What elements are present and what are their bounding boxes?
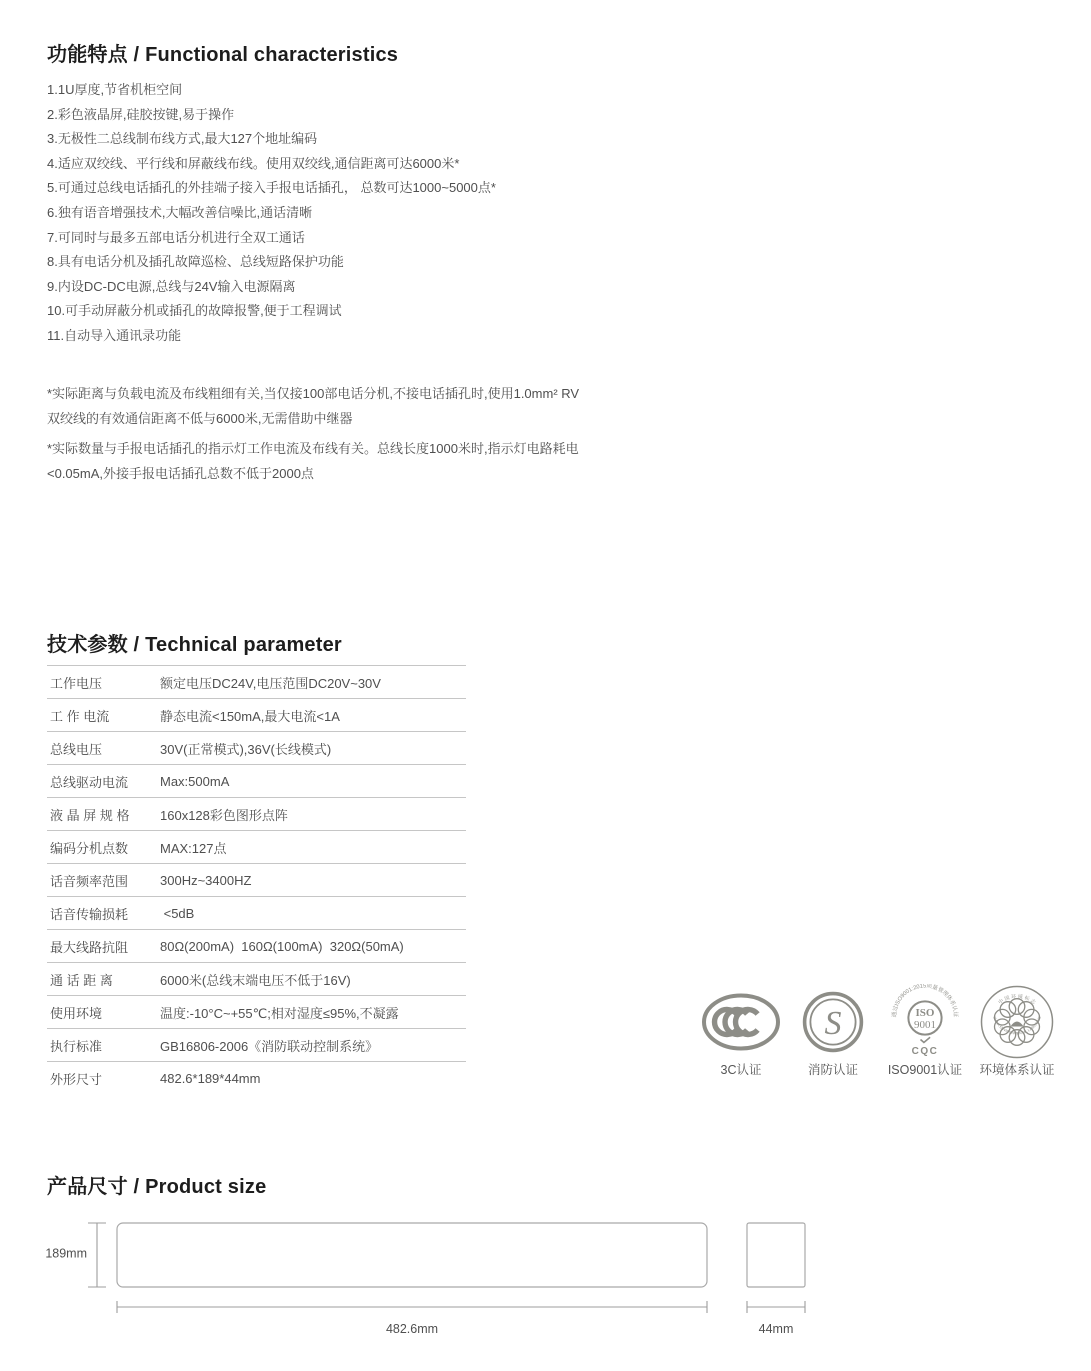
cert-environment: 中 国 环 境 标 志 CHINA ENVIRONMENTAL LABELLIN…	[973, 986, 1061, 1078]
footnote-line: *实际数量与手报电话插孔的指示灯工作电流及布线有关。总线长度1000米时,指示灯…	[47, 436, 667, 461]
front-view-outline	[117, 1223, 707, 1287]
param-value: MAX:127点	[160, 838, 466, 857]
table-row: 通 话 距 离 6000米(总线末端电压不低于16V)	[47, 962, 466, 995]
param-value: 30V(正常模式),36V(长线模式)	[160, 739, 466, 758]
feature-item: 2.彩色液晶屏,硅胶按键,易于操作	[47, 103, 667, 128]
feature-item: 6.独有语音增强技术,大幅改善信噪比,通话清晰	[47, 201, 667, 226]
param-label: 工 作 电流	[47, 706, 160, 725]
certification-marks: 3C认证 S 消防认证 通过ISO9001:2015质量管理体系认证	[697, 986, 1061, 1078]
iso-center-bottom: 9001	[914, 1019, 936, 1031]
table-row: 最大线路抗阻 80Ω(200mA) 160Ω(100mA) 320Ω(50mA)	[47, 929, 466, 962]
cert-label: 3C认证	[721, 1060, 762, 1078]
param-label: 话音传输损耗	[47, 904, 160, 923]
param-label: 使用环境	[47, 1003, 160, 1022]
cert-label: 消防认证	[808, 1060, 858, 1078]
footnote-line: <0.05mA,外接手报电话插孔总数不低于2000点	[47, 461, 667, 486]
table-row: 液 晶 屏 规 格 160x128彩色图形点阵	[47, 797, 466, 830]
product-size-diagram: 189mm 482.6mm 44mm	[0, 1210, 1091, 1365]
depth-dimension-label: 44mm	[759, 1322, 794, 1336]
feature-item: 3.无极性二总线制布线方式,最大127个地址编码	[47, 127, 667, 152]
param-label: 液 晶 屏 规 格	[47, 805, 160, 824]
ccc-mark-icon	[700, 986, 782, 1058]
fire-s-mark-icon: S	[802, 986, 864, 1058]
param-label: 外形尺寸	[47, 1069, 160, 1088]
footnote-quantity: *实际数量与手报电话插孔的指示灯工作电流及布线有关。总线长度1000米时,指示灯…	[47, 436, 667, 486]
iso9001-cqc-mark-icon: 通过ISO9001:2015质量管理体系认证 ISO 9001 CQC	[887, 986, 963, 1058]
feature-list: 1.1U厚度,节省机柜空间 2.彩色液晶屏,硅胶按键,易于操作 3.无极性二总线…	[47, 78, 667, 349]
technical-parameter-table: 工作电压 额定电压DC24V,电压范围DC20V~30V 工 作 电流 静态电流…	[47, 665, 466, 1094]
footnote-line: *实际距离与负载电流及布线粗细有关,当仅接100部电话分机,不接电话插孔时,使用…	[47, 381, 667, 406]
width-dimension-label: 482.6mm	[386, 1322, 438, 1336]
height-dimension-label: 189mm	[45, 1247, 87, 1261]
technical-parameter-title: 技术参数 / Technical parameter	[47, 633, 342, 657]
cert-3c: 3C认证	[697, 986, 785, 1078]
param-label: 编码分机点数	[47, 838, 160, 857]
table-row: 话音频率范围 300Hz~3400HZ	[47, 863, 466, 896]
param-label: 执行标准	[47, 1036, 160, 1055]
param-label: 话音频率范围	[47, 871, 160, 890]
feature-item: 9.内设DC-DC电源,总线与24V输入电源隔离	[47, 275, 667, 300]
height-dimension-line	[88, 1223, 106, 1287]
param-value: 温度:-10°C~+55℃;相对湿度≤95%,不凝露	[160, 1003, 466, 1022]
functional-characteristics-title: 功能特点 / Functional characteristics	[47, 43, 398, 67]
cert-fire: S 消防认证	[789, 986, 877, 1078]
feature-item: 4.适应双绞线、平行线和屏蔽线布线。使用双绞线,通信距离可达6000米*	[47, 152, 667, 177]
product-spec-page: 功能特点 / Functional characteristics 1.1U厚度…	[0, 0, 1091, 1371]
param-value: 静态电流<150mA,最大电流<1A	[160, 706, 466, 725]
feature-item: 11.自动导入通讯录功能	[47, 324, 667, 349]
param-label: 最大线路抗阻	[47, 937, 160, 956]
cert-iso9001: 通过ISO9001:2015质量管理体系认证 ISO 9001 CQC ISO9…	[881, 986, 969, 1078]
table-row: 外形尺寸 482.6*189*44mm	[47, 1061, 466, 1094]
param-label: 总线驱动电流	[47, 772, 160, 791]
iso-center-top: ISO	[916, 1007, 935, 1019]
env-mountain-glyph	[1011, 1022, 1024, 1027]
product-size-title: 产品尺寸 / Product size	[47, 1175, 266, 1199]
param-value: 300Hz~3400HZ	[160, 873, 466, 888]
param-value: <5dB	[160, 906, 466, 921]
table-row: 编码分机点数 MAX:127点	[47, 830, 466, 863]
width-dimension-line	[117, 1301, 707, 1313]
param-value: Max:500mA	[160, 774, 466, 789]
fire-s-letter: S	[825, 1005, 842, 1042]
param-value: 额定电压DC24V,电压范围DC20V~30V	[160, 673, 466, 692]
cert-label: 环境体系认证	[979, 1060, 1054, 1078]
table-row: 工作电压 额定电压DC24V,电压范围DC20V~30V	[47, 665, 466, 698]
footnote-distance: *实际距离与负载电流及布线粗细有关,当仅接100部电话分机,不接电话插孔时,使用…	[47, 381, 667, 431]
feature-item: 8.具有电话分机及插孔故障巡检、总线短路保护功能	[47, 250, 667, 275]
table-row: 工 作 电流 静态电流<150mA,最大电流<1A	[47, 698, 466, 731]
feature-item: 5.可通过总线电话插孔的外挂端子接入手报电话插孔， 总数可达1000~5000点…	[47, 176, 667, 201]
param-label: 工作电压	[47, 673, 160, 692]
depth-dimension-line	[747, 1301, 805, 1313]
param-label: 通 话 距 离	[47, 970, 160, 989]
table-row: 话音传输损耗 <5dB	[47, 896, 466, 929]
feature-item: 10.可手动屏蔽分机或插孔的故障报警,便于工程调试	[47, 299, 667, 324]
param-value: 482.6*189*44mm	[160, 1071, 466, 1086]
china-environmental-labelling-icon: 中 国 环 境 标 志 CHINA ENVIRONMENTAL LABELLIN…	[979, 986, 1055, 1058]
param-value: 160x128彩色图形点阵	[160, 805, 466, 824]
side-view-outline	[747, 1223, 805, 1287]
iso-cqc-text: CQC	[912, 1046, 939, 1057]
param-value: 80Ω(200mA) 160Ω(100mA) 320Ω(50mA)	[160, 939, 466, 954]
param-label: 总线电压	[47, 739, 160, 758]
iso-check-glyph	[921, 1037, 931, 1042]
param-value: 6000米(总线末端电压不低于16V)	[160, 970, 466, 989]
cert-label: ISO9001认证	[888, 1060, 962, 1078]
table-row: 总线电压 30V(正常模式),36V(长线模式)	[47, 731, 466, 764]
footnote-line: 双绞线的有效通信距离不低与6000米,无需借助中继器	[47, 406, 667, 431]
feature-item: 7.可同时与最多五部电话分机进行全双工通话	[47, 226, 667, 251]
param-value: GB16806-2006《消防联动控制系统》	[160, 1036, 466, 1055]
feature-item: 1.1U厚度,节省机柜空间	[47, 78, 667, 103]
table-row: 总线驱动电流 Max:500mA	[47, 764, 466, 797]
table-row: 执行标准 GB16806-2006《消防联动控制系统》	[47, 1028, 466, 1061]
table-row: 使用环境 温度:-10°C~+55℃;相对湿度≤95%,不凝露	[47, 995, 466, 1028]
